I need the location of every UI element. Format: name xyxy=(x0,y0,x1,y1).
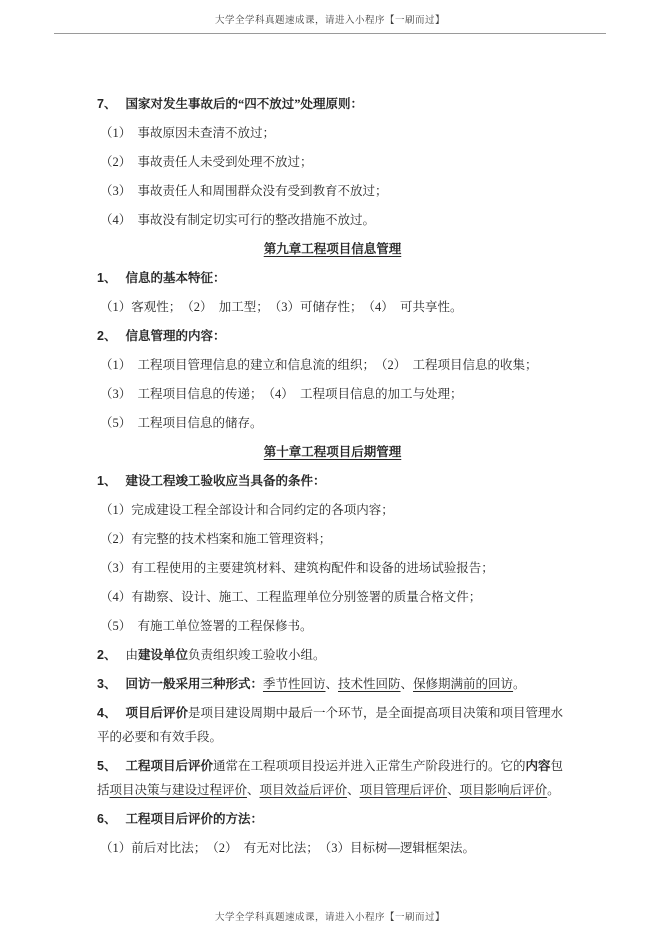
ch10-item-2-number: 2、 xyxy=(97,648,116,662)
ch10-item-3-number: 3、 xyxy=(97,677,116,691)
ch10-item-6: 6、工程项目后评价的方法： xyxy=(97,807,568,831)
ch10-item-1: 1、建设工程竣工验收应当具备的条件： xyxy=(97,469,568,493)
footer-text: 大学全学科真题速成课，请进入小程序【一刷而过】 xyxy=(215,913,445,923)
ch10-item-6-title: 工程项目后评价的方法： xyxy=(125,812,263,826)
ch9-item-2-sub-2: （3） 工程项目信息的传递； （4） 工程项目信息的加工与处理； xyxy=(97,382,568,406)
ch10-item-3-title: 回访一般采用三种形式： xyxy=(125,677,263,691)
ch10-item-1-sub-1: （1）完成建设工程全部设计和合同约定的各项内容； xyxy=(97,498,568,522)
ch10-item-5-bold-term-2: 内容 xyxy=(525,759,550,773)
ch9-item-2-title: 信息管理的内容： xyxy=(125,329,225,343)
ch10-item-5-period: 。 xyxy=(547,783,560,797)
ch10-item-3-term-1: 季节性回访 xyxy=(263,677,326,691)
ch9-item-2-sub-1: （1） 工程项目管理信息的建立和信息流的组织； （2） 工程项目信息的收集； xyxy=(97,353,568,377)
item-7-sub-3: （3） 事故责任人和周围群众没有受到教育不放过； xyxy=(97,179,568,203)
ch10-item-6-sub-1: （1）前后对比法； （2） 有无对比法； （3）目标树—逻辑框架法。 xyxy=(97,836,568,860)
ch10-item-1-sub-4: （4）有勘察、设计、施工、工程监理单位分别签署的质量合格文件； xyxy=(97,585,568,609)
ch10-item-3: 3、回访一般采用三种形式：季节性回访、技术性回防、保修期满前的回访。 xyxy=(97,672,568,696)
ch10-item-4-number: 4、 xyxy=(97,706,116,720)
ch10-item-5-sep-2: 、 xyxy=(347,783,360,797)
ch10-item-1-sub-5: （5） 有施工单位签署的工程保修书。 xyxy=(97,614,568,638)
ch9-item-2-number: 2、 xyxy=(97,329,116,343)
ch9-item-2-sub-3: （5） 工程项目信息的储存。 xyxy=(97,411,568,435)
header-text: 大学全学科真题速成课，请进入小程序【一刷而过】 xyxy=(215,16,445,26)
ch10-item-5-term-2: 项目效益后评价 xyxy=(260,783,348,797)
ch10-item-6-number: 6、 xyxy=(97,812,116,826)
ch10-item-5-text-1: 通常在工程项项目投运并进入正常生产阶段进行的。它的 xyxy=(213,759,526,773)
ch9-item-1-sub-1: （1）客观性； （2） 加工型； （3）可储存性； （4） 可共享性。 xyxy=(97,295,568,319)
ch10-item-2-text: 由 xyxy=(125,648,138,662)
document-body: 7、国家对发生事故后的“四不放过”处理原则： （1） 事故原因未查清不放过； （… xyxy=(97,92,568,865)
ch10-item-3-sep-1: 、 xyxy=(325,677,338,691)
item-7-sub-2: （2） 事故责任人未受到处理不放过； xyxy=(97,150,568,174)
ch10-item-5-term-4: 项目影响后评价 xyxy=(460,783,548,797)
ch10-item-5-sep-1: 、 xyxy=(247,783,260,797)
item-7: 7、国家对发生事故后的“四不放过”处理原则： xyxy=(97,92,568,116)
chapter-9-heading-text: 第九章工程项目信息管理 xyxy=(264,242,402,256)
header-divider xyxy=(54,33,606,34)
chapter-10-heading: 第十章工程项目后期管理 xyxy=(97,440,568,464)
document-page: 大学全学科真题速成课，请进入小程序【一刷而过】 7、国家对发生事故后的“四不放过… xyxy=(0,0,660,934)
ch10-item-1-number: 1、 xyxy=(97,474,116,488)
page-header: 大学全学科真题速成课，请进入小程序【一刷而过】 xyxy=(0,12,660,26)
ch9-item-1-number: 1、 xyxy=(97,271,116,285)
chapter-9-heading: 第九章工程项目信息管理 xyxy=(97,237,568,261)
ch10-item-4: 4、项目后评价是项目建设周期中最后一个环节，是全面提高项目决策和项目管理水平的必… xyxy=(97,701,568,749)
ch10-item-2-text-end: 负责组织竣工验收小组。 xyxy=(188,648,326,662)
ch10-item-3-sep-2: 、 xyxy=(401,677,414,691)
ch9-item-2: 2、信息管理的内容： xyxy=(97,324,568,348)
ch10-item-2-bold-term: 建设单位 xyxy=(138,648,188,662)
page-footer: 大学全学科真题速成课，请进入小程序【一刷而过】 xyxy=(0,909,660,923)
ch10-item-5: 5、工程项目后评价通常在工程项项目投运并进入正常生产阶段进行的。它的内容包括项目… xyxy=(97,754,568,802)
ch10-item-4-bold-term: 项目后评价 xyxy=(125,706,188,720)
item-7-sub-1: （1） 事故原因未查清不放过； xyxy=(97,121,568,145)
ch9-item-1-title: 信息的基本特征： xyxy=(125,271,225,285)
ch10-item-5-number: 5、 xyxy=(97,759,116,773)
item-7-sub-4: （4） 事故没有制定切实可行的整改措施不放过。 xyxy=(97,208,568,232)
ch10-item-3-term-3: 保修期满前的回访 xyxy=(413,677,513,691)
ch10-item-3-period: 。 xyxy=(513,677,526,691)
ch10-item-3-term-2: 技术性回防 xyxy=(338,677,401,691)
ch9-item-1: 1、信息的基本特征： xyxy=(97,266,568,290)
ch10-item-1-sub-3: （3）有工程使用的主要建筑材料、建筑构配件和设备的进场试验报告； xyxy=(97,556,568,580)
ch10-item-5-sep-3: 、 xyxy=(447,783,460,797)
ch10-item-5-term-3: 项目管理后评价 xyxy=(360,783,448,797)
chapter-10-heading-text: 第十章工程项目后期管理 xyxy=(264,445,402,459)
item-7-title: 国家对发生事故后的“四不放过”处理原则： xyxy=(125,97,363,111)
ch10-item-2: 2、由建设单位负责组织竣工验收小组。 xyxy=(97,643,568,667)
item-7-number: 7、 xyxy=(97,97,116,111)
ch10-item-1-sub-2: （2）有完整的技术档案和施工管理资料； xyxy=(97,527,568,551)
ch10-item-5-bold-term-1: 工程项目后评价 xyxy=(125,759,213,773)
ch10-item-1-title: 建设工程竣工验收应当具备的条件： xyxy=(125,474,325,488)
ch10-item-5-term-1: 项目决策与建设过程评价 xyxy=(110,783,248,797)
